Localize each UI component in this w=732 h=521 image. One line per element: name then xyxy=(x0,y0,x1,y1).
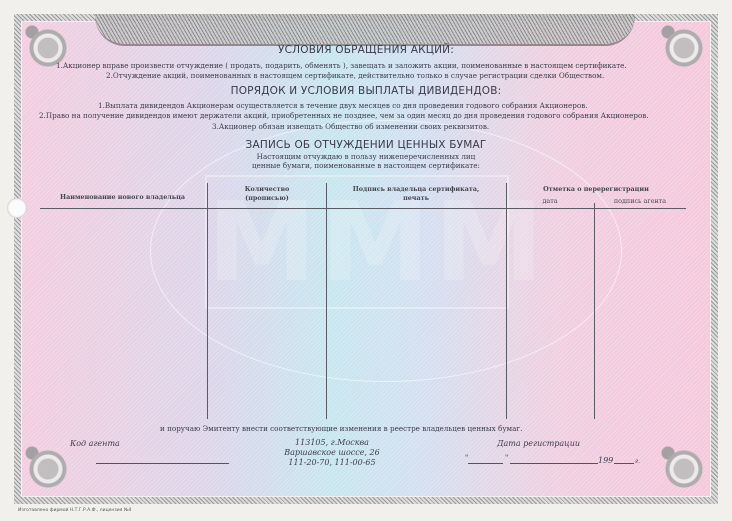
table-header-rule xyxy=(40,208,686,209)
printer-imprint: Изготовлено фирмой Н.Т.Г.Р.А.Ф., лицензи… xyxy=(18,508,131,513)
col-header-quantity: Количество (прописью) xyxy=(208,185,326,203)
year-suffix: г. xyxy=(635,458,640,465)
dividends-item-1: 1.Выплата дивидендов Акционерам осуществ… xyxy=(98,101,588,110)
certificate-back: МММ УСЛОВИЯ ОБРАЩЕНИЯ АКЦИЙ: 1.Акционер … xyxy=(0,0,732,521)
col-header-quantity-line1: Количество xyxy=(208,185,326,194)
col-header-reregistration: Отметка о перерегистрации xyxy=(506,185,686,194)
col-header-agent-signature: подпись агента xyxy=(594,197,686,206)
registration-day-field[interactable] xyxy=(468,463,503,464)
date-quote-close: " xyxy=(505,454,508,462)
punch-hole xyxy=(7,198,27,218)
section-title-alienation: ЗАПИСЬ ОБ ОТЧУЖДЕНИИ ЦЕННЫХ БУМАГ xyxy=(0,139,732,151)
col-header-new-owner: Наименование нового владельца xyxy=(40,193,205,202)
table-column-divider xyxy=(326,183,327,419)
alienation-line-2: ценные бумаги, поименованные в настоящем… xyxy=(0,161,732,170)
col-header-signature-line1: Подпись владельца сертификата, xyxy=(326,185,506,194)
registration-year-field[interactable] xyxy=(614,463,634,464)
col-header-signature-line2: печать xyxy=(326,194,506,203)
agent-code-field[interactable] xyxy=(96,463,229,464)
col-header-owner-signature: Подпись владельца сертификата, печать xyxy=(326,185,506,203)
registration-month-field[interactable] xyxy=(510,463,598,464)
table-column-divider xyxy=(506,183,507,419)
table-column-divider xyxy=(594,203,595,419)
circulation-item-2: 2.Отчуждение акций, поименованных в наст… xyxy=(106,71,604,80)
address-line-2: Варшавское шоссе, 26 xyxy=(280,448,384,457)
instruction-text: и поручаю Эмитенту внести соответствующи… xyxy=(160,424,522,433)
address-line-1: 113105, г.Москва xyxy=(280,438,384,447)
section-title-dividends: ПОРЯДОК И УСЛОВИЯ ВЫПЛАТЫ ДИВИДЕНДОВ: xyxy=(0,85,732,97)
top-ornament-band xyxy=(95,14,635,46)
alienation-line-1: Настоящим отчуждаю в пользу нижеперечисл… xyxy=(0,152,732,161)
dividends-item-2: 2.Право на получение дивидендов имеют де… xyxy=(39,111,649,120)
col-header-date: дата xyxy=(506,197,594,206)
agent-code-label: Код агента xyxy=(70,439,120,448)
phone-numbers: 111-20-70, 111-00-65 xyxy=(280,458,384,467)
col-header-quantity-line2: (прописью) xyxy=(208,194,326,203)
table-column-divider xyxy=(207,183,208,419)
year-prefix: 199 xyxy=(598,456,613,465)
section-title-circulation: УСЛОВИЯ ОБРАЩЕНИЯ АКЦИЙ: xyxy=(0,44,732,56)
registration-date-label: Дата регистрации xyxy=(497,439,580,448)
corner-ornament-icon xyxy=(644,429,724,509)
date-quote-open: " xyxy=(465,454,468,462)
circulation-item-1: 1.Акционер вправе произвести отчуждение … xyxy=(56,61,627,70)
dividends-item-3: 3.Акционер обязан извещать Общество об и… xyxy=(212,122,489,131)
